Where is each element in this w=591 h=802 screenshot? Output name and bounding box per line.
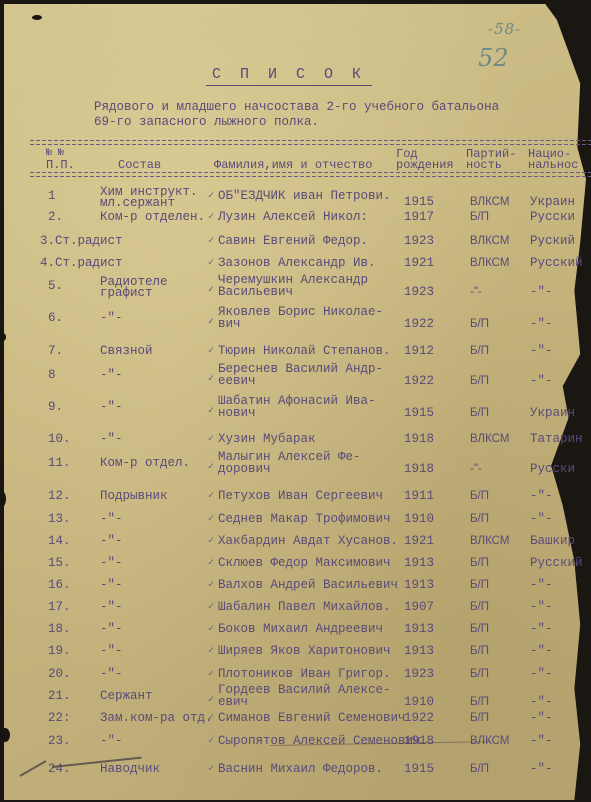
row-full-name-line2: нович — [218, 408, 256, 419]
row-birth-year: 1921 — [404, 258, 434, 269]
col-year-line2: рождения — [396, 159, 454, 171]
row-number: 4.Ст.радист — [40, 258, 123, 269]
row-number: 22: — [48, 713, 71, 724]
row-birth-year: 1913 — [404, 624, 434, 635]
row-number: 11. — [48, 458, 71, 469]
row-party: Б/П — [470, 697, 489, 708]
row-role: -"- — [100, 736, 123, 747]
check-mark-icon: ✓ — [208, 514, 214, 525]
row-nationality: -"- — [530, 669, 553, 680]
row-number: 8 — [48, 370, 56, 381]
row-role: -"- — [100, 624, 123, 635]
new-page-number: 52 — [478, 44, 509, 72]
row-nationality: Русский — [530, 258, 583, 269]
row-nationality: -"- — [530, 646, 553, 657]
row-full-name: Хакбардин Авдат Хусанов. — [218, 536, 398, 547]
row-party: Б/П — [470, 624, 489, 635]
row-number: 15. — [48, 558, 71, 569]
col-role-header: Состав — [118, 159, 161, 171]
row-party: Б/П — [470, 713, 489, 724]
row-nationality: Башкир — [530, 536, 575, 547]
row-nationality: -"- — [530, 514, 553, 525]
check-mark-icon: ✓ — [208, 713, 214, 724]
row-role: -"- — [100, 402, 123, 413]
check-mark-icon: ✓ — [208, 374, 214, 385]
row-party: ВЛКСМ — [470, 236, 509, 247]
row-role: -"- — [100, 536, 123, 547]
check-mark-icon: ✓ — [208, 236, 214, 247]
row-party: Б/П — [470, 212, 489, 223]
row-party: Б/П — [470, 319, 489, 330]
document-subtitle: Рядового и младшего начсостава 2-го учеб… — [94, 100, 499, 130]
row-nationality: -"- — [530, 491, 553, 502]
check-mark-icon: ✓ — [208, 695, 214, 706]
row-nationality: Русски — [530, 464, 575, 475]
subtitle-line-2: 69-го запасного лыжного полка. — [94, 115, 319, 129]
row-number: 21. — [48, 691, 71, 702]
row-birth-year: 1912 — [404, 346, 434, 357]
row-role: -"- — [100, 669, 123, 680]
row-role: -"- — [100, 558, 123, 569]
row-full-name: Боков Михаил Андреевич — [218, 624, 383, 635]
row-number: 5. — [48, 281, 63, 292]
punch-hole-mark — [0, 728, 10, 742]
row-nationality: -"- — [530, 319, 553, 330]
row-full-name-line2: дорович — [218, 464, 271, 475]
row-role: Зам.ком-ра отд. — [100, 713, 213, 724]
row-birth-year: 1910 — [404, 514, 434, 525]
row-party: Б/П — [470, 514, 489, 525]
check-mark-icon: ✓ — [208, 646, 214, 657]
row-birth-year: 1913 — [404, 580, 434, 591]
row-nationality: -"- — [530, 697, 553, 708]
row-full-name: Лузин Алексей Никол: — [218, 212, 368, 223]
row-full-name: Васнин Михаил Федоров. — [218, 764, 383, 775]
row-number: 14. — [48, 536, 71, 547]
row-party: Б/П — [470, 408, 489, 419]
row-birth-year: 1921 — [404, 536, 434, 547]
row-birth-year: 1922 — [404, 376, 434, 387]
col-party-line2: ность — [466, 159, 502, 171]
row-full-name: Тюрин Николай Степанов. — [218, 346, 391, 357]
row-full-name-line2: еевич — [218, 376, 256, 387]
ink-blot — [32, 15, 42, 20]
row-role: -"- — [100, 602, 123, 613]
row-number: 9. — [48, 402, 63, 413]
row-role-line2: мл.сержант — [100, 198, 175, 209]
col-nat-line2: нальнос — [528, 159, 578, 171]
row-number: 7. — [48, 346, 63, 357]
check-mark-icon: ✓ — [208, 536, 214, 547]
row-full-name: Петухов Иван Сергеевич — [218, 491, 383, 502]
row-number: 13. — [48, 514, 71, 525]
row-role: -"- — [100, 514, 123, 525]
subtitle-line-1: Рядового и младшего начсостава 2-го учеб… — [94, 100, 499, 114]
row-full-name: Хузин Мубарак — [218, 434, 316, 445]
row-party: ВЛКСМ — [470, 536, 509, 547]
col-name-header: Фамилия,имя и отчество — [214, 159, 372, 171]
row-role: -"- — [100, 580, 123, 591]
row-party: -"- — [470, 287, 482, 298]
check-mark-icon: ✓ — [208, 191, 214, 202]
header-rule-bottom — [30, 172, 591, 178]
row-number: 19. — [48, 646, 71, 657]
check-mark-icon: ✓ — [208, 462, 214, 473]
row-party: Б/П — [470, 764, 489, 775]
check-mark-icon: ✓ — [208, 669, 214, 680]
check-mark-icon: ✓ — [208, 317, 214, 328]
row-number: 20. — [48, 669, 71, 680]
row-birth-year: 1923 — [404, 236, 434, 247]
row-party: Б/П — [470, 580, 489, 591]
row-full-name: Симанов Евгений Семенович — [218, 713, 406, 724]
row-nationality: -"- — [530, 602, 553, 613]
row-birth-year: 1923 — [404, 287, 434, 298]
row-birth-year: 1911 — [404, 491, 434, 502]
row-number: 17. — [48, 602, 71, 613]
row-nationality: Украин — [530, 197, 575, 208]
row-nationality: -"- — [530, 376, 553, 387]
row-role: -"- — [100, 434, 123, 445]
row-role: Сержант — [100, 691, 153, 702]
row-full-name-line2: евич — [218, 697, 248, 708]
row-nationality: Руский — [530, 236, 575, 247]
check-mark-icon: ✓ — [208, 434, 214, 445]
row-role: Ком-р отдел. — [100, 458, 190, 469]
row-role: -"- — [100, 370, 123, 381]
row-birth-year: 1915 — [404, 408, 434, 419]
row-birth-year: 1922 — [404, 713, 434, 724]
old-page-number: -58- — [488, 20, 521, 38]
punch-hole-mark — [0, 333, 6, 341]
check-mark-icon: ✓ — [208, 602, 214, 613]
row-number: 12. — [48, 491, 71, 502]
row-nationality: Татарин — [530, 434, 583, 445]
row-role: Подрывник — [100, 491, 168, 502]
row-full-name: Шабалин Павел Михайлов. — [218, 602, 391, 613]
row-nationality: -"- — [530, 580, 553, 591]
row-party: Б/П — [470, 646, 489, 657]
row-birth-year: 1918 — [404, 434, 434, 445]
row-party: Б/П — [470, 669, 489, 680]
row-party: ВЛКСМ — [470, 258, 509, 269]
row-birth-year: 1917 — [404, 212, 434, 223]
row-nationality: -"- — [530, 346, 553, 357]
row-full-name: ОБ"ЕЗДЧИК иван Петрови. — [218, 191, 391, 202]
col-no-line2: П.П. — [46, 159, 75, 171]
check-mark-icon: ✓ — [208, 212, 214, 223]
row-birth-year: 1922 — [404, 319, 434, 330]
check-mark-icon: ✓ — [208, 736, 214, 747]
row-party: Б/П — [470, 602, 489, 613]
check-mark-icon: ✓ — [208, 764, 214, 775]
check-mark-icon: ✓ — [208, 580, 214, 591]
row-full-name: Сыропятов Алексей Семенович — [218, 736, 421, 747]
row-nationality: Русски — [530, 212, 575, 223]
row-birth-year: 1907 — [404, 602, 434, 613]
row-birth-year: 1918 — [404, 464, 434, 475]
row-role-line2: графист — [100, 288, 153, 299]
check-mark-icon: ✓ — [208, 285, 214, 296]
check-mark-icon: ✓ — [208, 406, 214, 417]
row-full-name-line2: вич — [218, 319, 241, 330]
row-full-name: Склюев Федор Максимович — [218, 558, 391, 569]
row-full-name: Яковлев Борис Николае- — [218, 307, 383, 318]
check-mark-icon: ✓ — [208, 346, 214, 357]
row-nationality: -"- — [530, 287, 553, 298]
row-number: 6. — [48, 313, 63, 324]
row-full-name: Валхов Андрей Васильевич — [218, 580, 398, 591]
row-nationality: -"- — [530, 764, 553, 775]
header-rule-top — [30, 140, 591, 146]
document-title: С П И С О К — [206, 66, 372, 86]
row-role: Связной — [100, 346, 153, 357]
row-nationality: -"- — [530, 624, 553, 635]
row-number: 18. — [48, 624, 71, 635]
row-full-name: Зазонов Александр Ив. — [218, 258, 376, 269]
row-number: 1 — [48, 191, 56, 202]
row-full-name: Плотоников Иван Григор. — [218, 669, 391, 680]
row-birth-year: 1910 — [404, 697, 434, 708]
row-role: Ком-р отделен. — [100, 212, 205, 223]
row-party: Б/П — [470, 558, 489, 569]
check-mark-icon: ✓ — [208, 258, 214, 269]
row-birth-year: 1915 — [404, 197, 434, 208]
row-party: -"- — [470, 464, 482, 475]
row-full-name: Савин Евгений Федор. — [218, 236, 368, 247]
check-mark-icon: ✓ — [208, 491, 214, 502]
row-nationality: Русский — [530, 558, 583, 569]
row-full-name: Седнев Макар Трофимович — [218, 514, 391, 525]
row-birth-year: 1923 — [404, 669, 434, 680]
row-nationality: -"- — [530, 713, 553, 724]
row-full-name: Ширяев Яков Харитонович — [218, 646, 391, 657]
row-party: ВЛКСМ — [470, 197, 509, 208]
row-birth-year: 1913 — [404, 646, 434, 657]
row-number: 2. — [48, 212, 63, 223]
row-role: -"- — [100, 313, 123, 324]
check-mark-icon: ✓ — [208, 624, 214, 635]
row-party: Б/П — [470, 491, 489, 502]
row-number: 10. — [48, 434, 71, 445]
row-role: Наводчик — [100, 764, 160, 775]
row-nationality: -"- — [530, 736, 553, 747]
row-party: Б/П — [470, 376, 489, 387]
check-mark-icon: ✓ — [208, 558, 214, 569]
row-nationality: Украин — [530, 408, 575, 419]
punch-hole-mark — [0, 492, 6, 506]
row-full-name-line2: Васильевич — [218, 287, 293, 298]
row-number: 23. — [48, 736, 71, 747]
row-party: ВЛКСМ — [470, 434, 509, 445]
row-number: 3.Ст.радист — [40, 236, 123, 247]
row-number: 16. — [48, 580, 71, 591]
row-birth-year: 1915 — [404, 764, 434, 775]
row-birth-year: 1913 — [404, 558, 434, 569]
row-role: -"- — [100, 646, 123, 657]
row-party: Б/П — [470, 346, 489, 357]
